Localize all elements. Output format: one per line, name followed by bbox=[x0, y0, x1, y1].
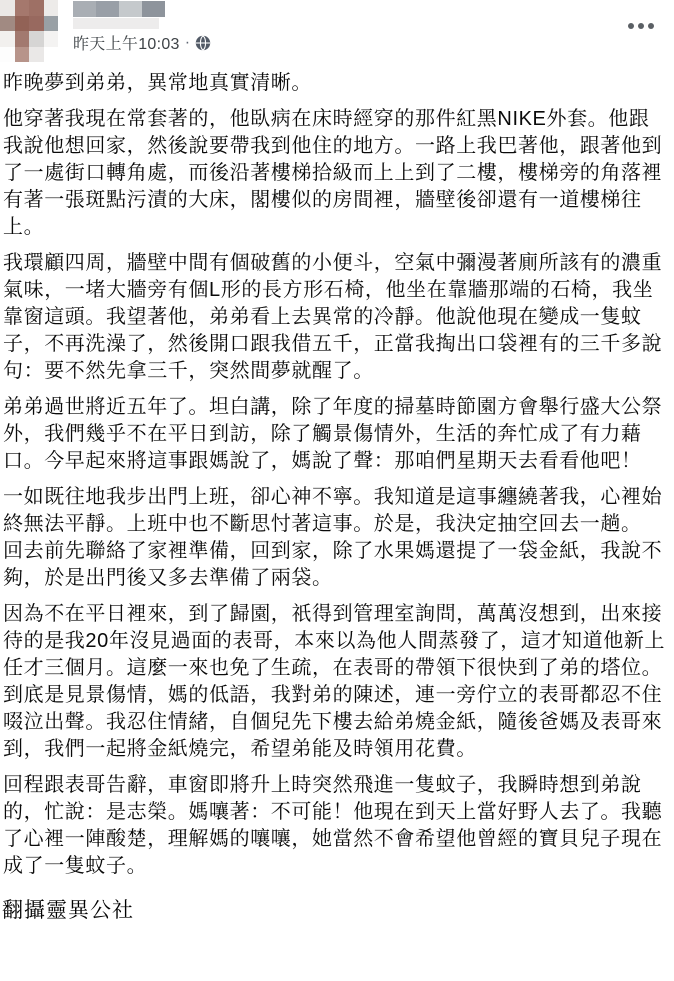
pixel-block bbox=[44, 47, 59, 63]
pixel-block bbox=[44, 0, 59, 16]
post-paragraph: 昨晚夢到弟弟，異常地真實清晰。 bbox=[3, 70, 670, 97]
pixel-block bbox=[0, 31, 15, 47]
ellipsis-dot bbox=[648, 23, 654, 29]
pixel-block bbox=[73, 1, 96, 17]
pixel-block bbox=[15, 0, 30, 16]
post-paragraph: 回去前先聯絡了家裡準備，回到家，除了水果媽還提了一袋金紙，我說不夠，於是出門後又… bbox=[3, 538, 670, 592]
ellipsis-dot bbox=[638, 23, 644, 29]
pixel-block bbox=[29, 0, 44, 16]
pixel-block bbox=[96, 1, 119, 17]
avatar[interactable] bbox=[0, 0, 58, 62]
post-text: 昨晚夢到弟弟，異常地真實清晰。 他穿著我現在常套著的，他臥病在床時經穿的那件紅黑… bbox=[0, 62, 674, 880]
pixel-block bbox=[15, 31, 30, 47]
more-options-button[interactable] bbox=[626, 21, 656, 31]
globe-public-icon bbox=[195, 35, 211, 51]
pixel-block bbox=[119, 1, 142, 17]
pixel-block bbox=[15, 47, 30, 63]
author-name-blur-strip bbox=[73, 18, 159, 29]
post-header: 昨天上午10:03 · bbox=[0, 0, 674, 62]
pixel-block bbox=[15, 16, 30, 32]
author-name-redacted[interactable] bbox=[73, 1, 165, 17]
ellipsis-dot bbox=[628, 23, 634, 29]
pixel-block bbox=[0, 0, 15, 16]
post-paragraph: 因為不在平日裡來，到了歸園，祇得到管理室詢問，萬萬沒想到，出來接待的是我20年沒… bbox=[3, 601, 670, 763]
pixel-block bbox=[44, 31, 59, 47]
post-paragraph: 弟弟過世將近五年了。坦白講，除了年度的掃墓時節園方會舉行盛大公祭外，我們幾乎不在… bbox=[3, 394, 670, 475]
pixel-block bbox=[29, 16, 44, 32]
pixel-block bbox=[0, 16, 15, 32]
pixel-block bbox=[44, 16, 59, 32]
post-paragraph: 我環顧四周，牆壁中間有個破舊的小便斗，空氣中彌漫著廁所該有的濃重氣味，一堵大牆旁… bbox=[3, 250, 670, 385]
meta-separator: · bbox=[185, 34, 191, 52]
post-paragraph: 他穿著我現在常套著的，他臥病在床時經穿的那件紅黑NIKE外套。他跟我說他想回家，… bbox=[3, 106, 670, 241]
post-timestamp[interactable]: 昨天上午10:03 bbox=[73, 31, 180, 54]
post-paragraph: 一如既往地我步出門上班，卻心神不寧。我知道是這事纏繞著我，心裡始終無法平靜。上班… bbox=[3, 484, 670, 538]
post-author-block: 昨天上午10:03 · bbox=[73, 1, 211, 54]
pixel-block bbox=[29, 47, 44, 63]
photo-credit-caption: 翻攝靈異公社 bbox=[0, 889, 674, 924]
pixel-block bbox=[142, 1, 165, 17]
pixel-block bbox=[0, 47, 15, 63]
pixel-block bbox=[29, 31, 44, 47]
post-paragraph: 回程跟表哥告辭，車窗即將升上時突然飛進一隻蚊子，我瞬時想到弟說的，忙說：是志榮。… bbox=[3, 772, 670, 880]
facebook-post: 昨天上午10:03 · 昨晚夢到弟弟，異常地真實清晰。 他穿著我現在常套著的，他… bbox=[0, 0, 674, 981]
post-meta: 昨天上午10:03 · bbox=[73, 31, 211, 54]
